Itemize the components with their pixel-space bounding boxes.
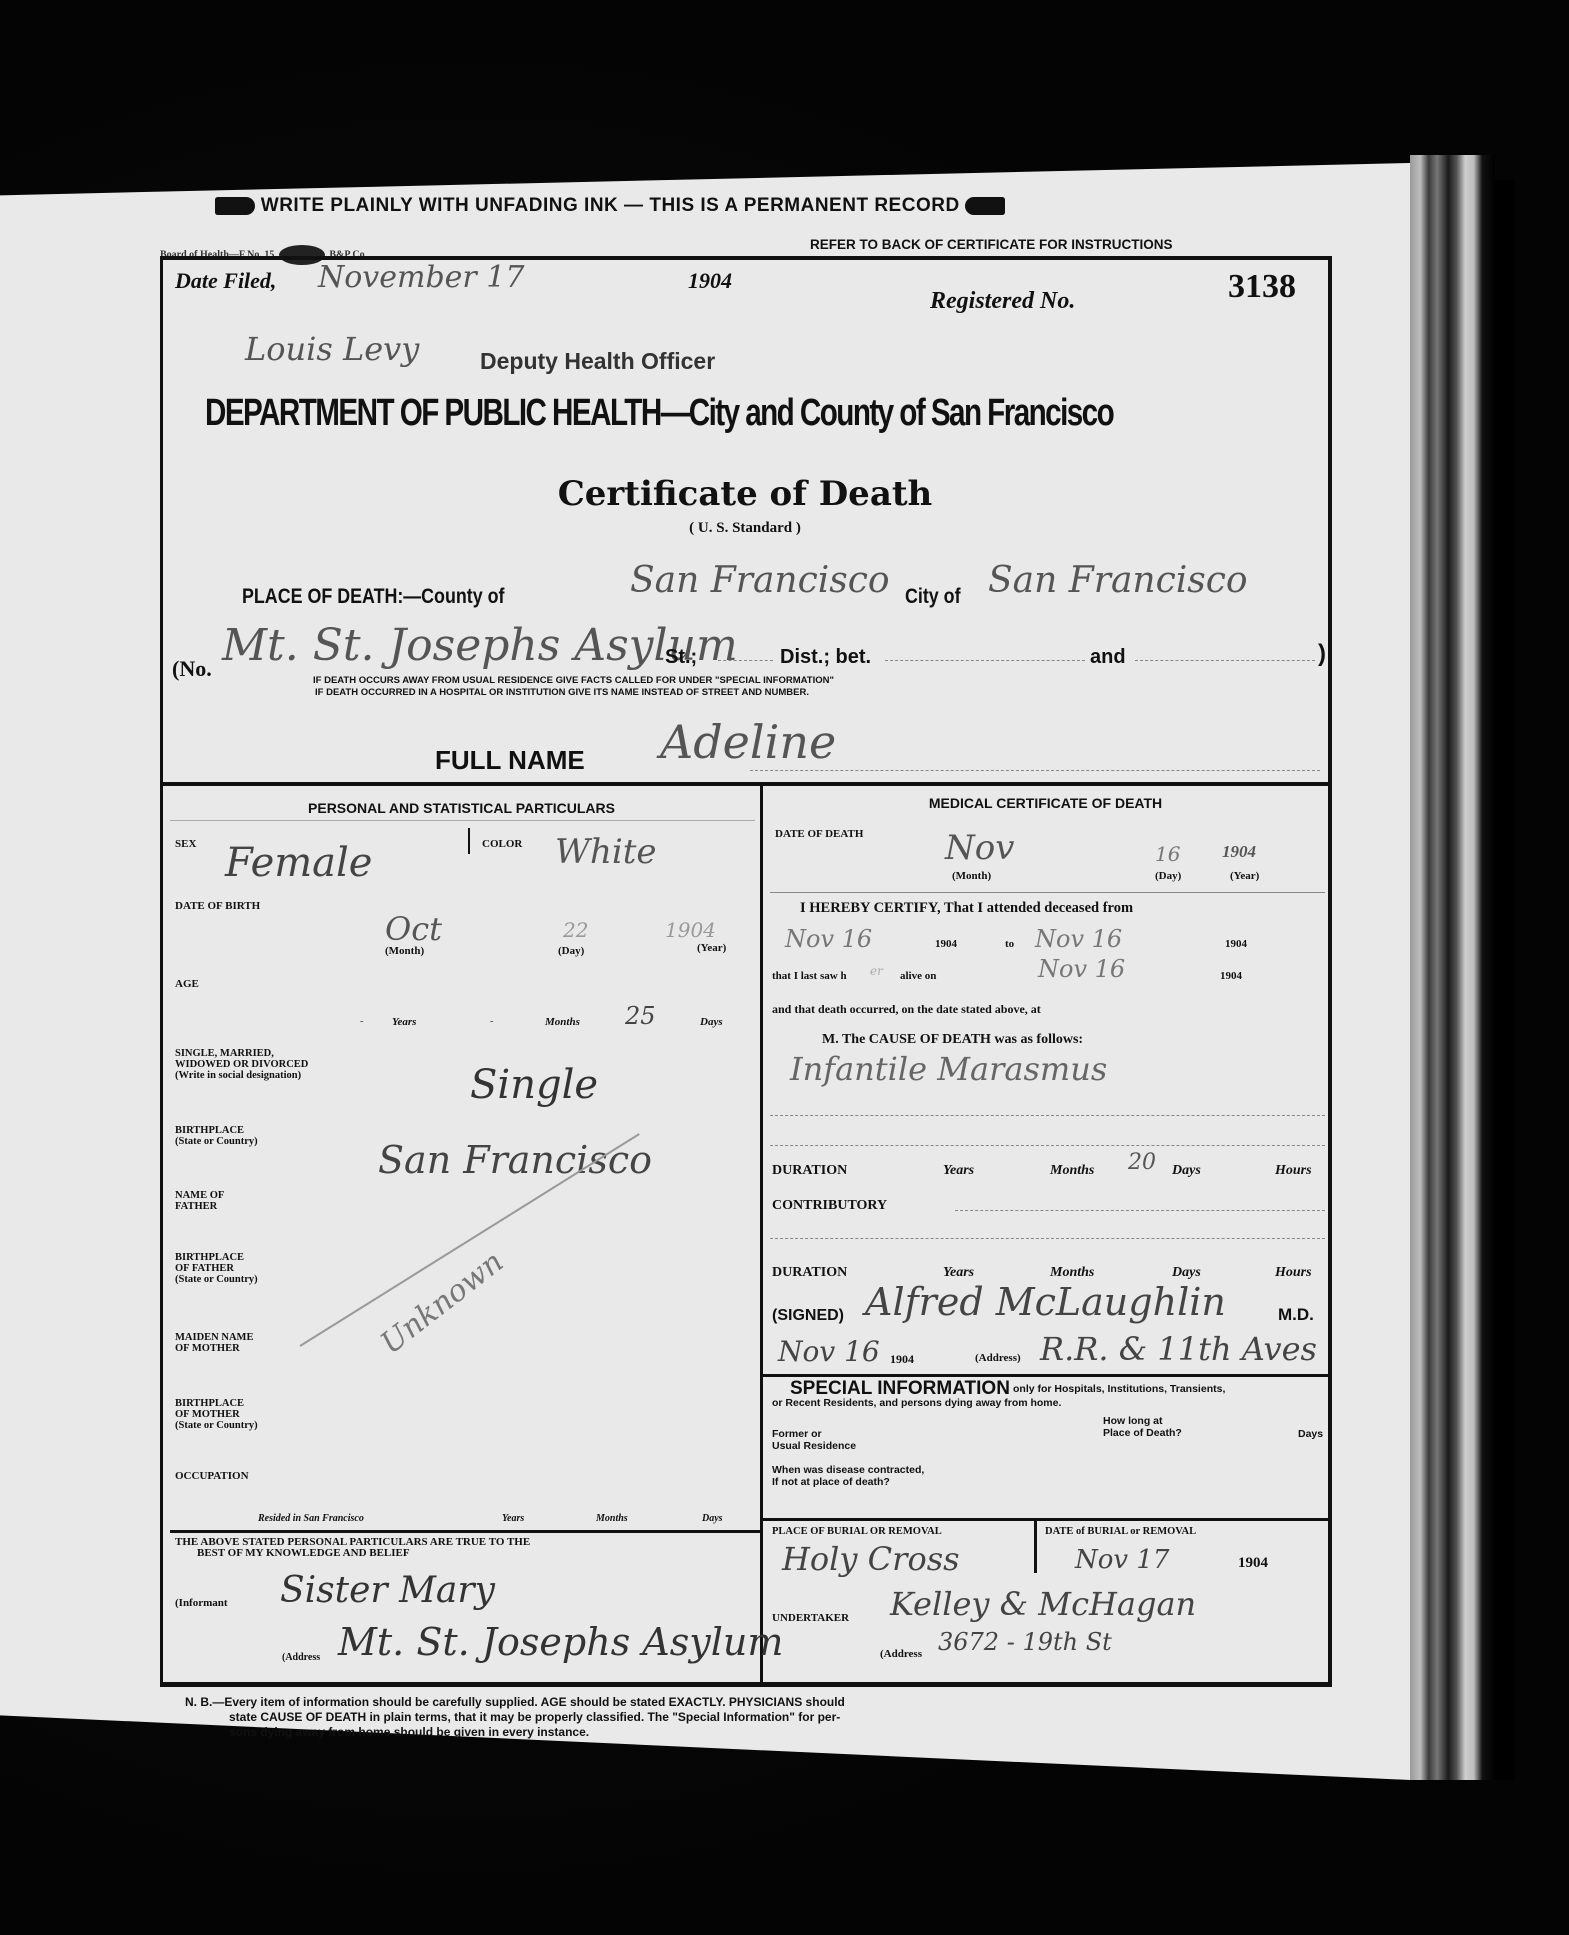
duration-2-label: DURATION <box>772 1265 847 1281</box>
cause-intro: M. The CAUSE OF DEATH was as follows: <box>822 1032 1083 1048</box>
informant-value: Sister Mary <box>280 1570 495 1611</box>
banner-text: WRITE PLAINLY WITH UNFADING INK — THIS I… <box>261 195 960 216</box>
district-label: Dist.; bet. <box>780 646 871 669</box>
sex-value: Female <box>225 840 372 886</box>
banner: WRITE PLAINLY WITH UNFADING INK — THIS I… <box>215 195 1005 217</box>
place-note: IF DEATH OCCURS AWAY FROM USUAL RESIDENC… <box>313 675 834 699</box>
personal-heading: PERSONAL AND STATISTICAL PARTICULARS <box>163 800 760 816</box>
officer-title: Deputy Health Officer <box>480 348 715 375</box>
department-title: DEPARTMENT OF PUBLIC HEALTH—City and Cou… <box>205 392 1113 435</box>
special-note-2: or Recent Residents, and persons dying a… <box>772 1397 1061 1409</box>
dod-year: 1904 <box>1222 842 1256 862</box>
father-label-1: NAME OF <box>175 1190 224 1201</box>
street-line <box>718 660 773 661</box>
book-binding-edge <box>1410 155 1495 1780</box>
dob-month-caption: (Month) <box>385 945 424 957</box>
attended-to-year: 1904 <box>1225 938 1247 950</box>
divider <box>170 820 755 821</box>
refer-note: REFER TO BACK OF CERTIFICATE FOR INSTRUC… <box>810 237 1173 252</box>
mother-bp-label-2: OF MOTHER <box>175 1409 258 1420</box>
dod-year-caption: (Year) <box>1230 870 1259 882</box>
and-label: and <box>1090 646 1126 669</box>
pointing-hand-icon <box>215 197 255 215</box>
book-binding-shadow <box>1495 180 1515 1780</box>
father-bp-label-1: BIRTHPLACE <box>175 1252 258 1263</box>
marital-label-3: (Write in social designation) <box>175 1070 308 1081</box>
last-saw-label: that I last saw h <box>772 970 847 982</box>
contracted-label-1: When was disease contracted, <box>772 1464 924 1476</box>
how-long-unit: Days <box>1298 1428 1323 1440</box>
age-months-value: - <box>490 1015 494 1027</box>
informant-address-label: (Address <box>282 1652 320 1663</box>
and-line <box>1135 660 1315 661</box>
divider <box>763 1374 1328 1377</box>
date-filed-label: Date Filed, <box>175 268 276 294</box>
undertaker-label: UNDERTAKER <box>772 1612 849 1624</box>
certificate-title: Certificate of Death <box>0 474 1490 514</box>
nb-text-3: sons dying away from home should be give… <box>185 1725 1285 1740</box>
medical-heading: MEDICAL CERTIFICATE OF DEATH <box>763 795 1328 811</box>
full-name-label: FULL NAME <box>435 745 585 776</box>
closing-paren: ) <box>1318 640 1326 668</box>
last-saw-date: Nov 16 <box>1038 955 1125 983</box>
burial-place: Holy Cross <box>782 1540 960 1578</box>
burial-place-label: PLACE OF BURIAL OR REMOVAL <box>772 1526 942 1537</box>
street-label: St.; <box>665 646 697 669</box>
place-note-line-2: IF DEATH OCCURRED IN A HOSPITAL OR INSTI… <box>313 687 834 699</box>
officer-signature: Louis Levy <box>245 330 419 368</box>
father-name-label: NAME OF FATHER <box>175 1190 224 1212</box>
dob-month: Oct <box>385 910 442 948</box>
md-label: M.D. <box>1278 1305 1314 1325</box>
duration-2-hours: Hours <box>1275 1265 1312 1281</box>
duration-days-value: 20 <box>1128 1150 1156 1175</box>
age-years-value: - <box>360 1015 364 1027</box>
date-filed-value: November 17 <box>318 260 524 295</box>
date-filed-year: 1904 <box>688 268 732 294</box>
burial-date-label: DATE of BURIAL or REMOVAL <box>1045 1526 1196 1537</box>
duration-2-months: Months <box>1050 1265 1094 1281</box>
divider <box>763 1518 1328 1521</box>
color-label: COLOR <box>482 838 522 850</box>
father-bp-label-2: OF FATHER <box>175 1263 258 1274</box>
age-days-caption: Days <box>700 1016 723 1028</box>
how-long-label-2: Place of Death? <box>1103 1427 1182 1439</box>
father-birthplace-label: BIRTHPLACE OF FATHER (State or Country) <box>175 1252 258 1285</box>
certify-text: I HEREBY CERTIFY, That I attended deceas… <box>800 900 1133 917</box>
former-residence-label: Former or Usual Residence <box>772 1428 856 1452</box>
physician-address-label: (Address) <box>975 1352 1021 1364</box>
full-name-value: Adeline <box>660 715 836 769</box>
mother-label-1: MAIDEN NAME <box>175 1332 253 1343</box>
duration-hours: Hours <box>1275 1163 1312 1179</box>
full-name-line <box>750 770 1320 771</box>
footer-note: N. B.—Every item of information should b… <box>185 1695 1285 1740</box>
last-saw-pronoun: er <box>870 964 883 978</box>
occupation-label: OCCUPATION <box>175 1470 249 1482</box>
occurred-text: and that death occurred, on the date sta… <box>772 1002 1041 1017</box>
nb-label: N. B.— <box>185 1695 224 1709</box>
dod-label: DATE OF DEATH <box>775 828 863 840</box>
divider <box>1034 1518 1037 1573</box>
attended-to: Nov 16 <box>1035 925 1122 953</box>
resided-months: Months <box>596 1513 628 1524</box>
duration-2-years: Years <box>943 1265 974 1281</box>
district-line <box>885 660 1085 661</box>
marital-value: Single <box>470 1062 598 1108</box>
resided-days: Days <box>702 1513 723 1524</box>
cause-line <box>770 1145 1325 1146</box>
birthplace-label-1: BIRTHPLACE <box>175 1125 258 1136</box>
undertaker-value: Kelley & McHagan <box>890 1585 1196 1623</box>
divider <box>468 828 470 854</box>
mother-label-2: OF MOTHER <box>175 1343 253 1354</box>
color-value: White <box>555 832 657 872</box>
duration-label: DURATION <box>772 1163 847 1179</box>
informant-address-value: Mt. St. Josephs Asylum <box>338 1620 783 1664</box>
mother-name-label: MAIDEN NAME OF MOTHER <box>175 1332 253 1354</box>
mother-bp-label-3: (State or Country) <box>175 1420 258 1431</box>
dod-month: Nov <box>945 828 1014 868</box>
attestation: THE ABOVE STATED PERSONAL PARTICULARS AR… <box>175 1537 530 1559</box>
birthplace-label-2: (State or Country) <box>175 1136 258 1147</box>
form-left-border <box>160 256 163 1686</box>
marital-label-2: WIDOWED OR DIVORCED <box>175 1059 308 1070</box>
divider <box>770 892 1325 893</box>
dod-month-caption: (Month) <box>952 870 991 882</box>
contributory-line <box>955 1210 1325 1211</box>
father-label-2: FATHER <box>175 1201 224 1212</box>
contributory-line <box>770 1238 1325 1239</box>
institution-value: Mt. St. Josephs Asylum <box>222 620 738 671</box>
how-long-label-1: How long at <box>1103 1415 1182 1427</box>
duration-2-days: Days <box>1172 1265 1201 1281</box>
cause-of-death: Infantile Marasmus <box>790 1050 1107 1088</box>
last-saw-year: 1904 <box>1220 970 1242 982</box>
registered-label: Registered No. <box>930 288 1075 315</box>
age-days-value: 25 <box>625 1002 656 1030</box>
undertaker-address-label: (Address <box>880 1648 922 1660</box>
nb-text-1: Every item of information should be care… <box>224 1695 845 1709</box>
sex-label: SEX <box>175 838 196 850</box>
former-label-1: Former or <box>772 1428 856 1440</box>
how-long-label: How long at Place of Death? <box>1103 1415 1182 1439</box>
birthplace-label: BIRTHPLACE (State or Country) <box>175 1125 258 1147</box>
marital-label-1: SINGLE, MARRIED, <box>175 1048 308 1059</box>
age-label: AGE <box>175 978 199 990</box>
dod-day-caption: (Day) <box>1155 870 1181 882</box>
dob-day-caption: (Day) <box>558 945 584 957</box>
resided-label: Resided in San Francisco <box>258 1513 364 1524</box>
number-label: (No. <box>172 656 212 682</box>
divider <box>170 1530 760 1533</box>
attended-from: Nov 16 <box>785 925 872 953</box>
former-label-2: Usual Residence <box>772 1440 856 1452</box>
burial-year: 1904 <box>1238 1555 1268 1572</box>
alive-on-label: alive on <box>900 970 936 982</box>
mother-bp-label-1: BIRTHPLACE <box>175 1398 258 1409</box>
undertaker-address: 3672 - 19th St <box>938 1628 1112 1656</box>
resided-years: Years <box>502 1513 524 1524</box>
age-months-caption: Months <box>545 1016 580 1028</box>
mother-birthplace-label: BIRTHPLACE OF MOTHER (State or Country) <box>175 1398 258 1431</box>
duration-years: Years <box>943 1163 974 1179</box>
place-note-line-1: IF DEATH OCCURS AWAY FROM USUAL RESIDENC… <box>313 675 834 687</box>
signed-year: 1904 <box>890 1352 914 1367</box>
physician-signature: Alfred McLaughlin <box>865 1280 1226 1324</box>
county-value: San Francisco <box>630 560 890 601</box>
place-of-death-label: PLACE OF DEATH:—County of <box>242 585 504 609</box>
to-label: to <box>1005 938 1014 950</box>
registered-number: 3138 <box>1228 268 1296 306</box>
burial-date: Nov 17 <box>1075 1545 1169 1575</box>
section-divider <box>163 782 1328 786</box>
dob-label: DATE OF BIRTH <box>175 900 260 912</box>
form-right-border <box>1328 256 1332 1686</box>
form-bottom-border <box>160 1682 1332 1687</box>
column-divider <box>760 786 763 1686</box>
signed-date: Nov 16 <box>778 1335 880 1368</box>
age-years-caption: Years <box>392 1016 416 1028</box>
birthplace-value: San Francisco <box>378 1138 652 1182</box>
dod-day: 16 <box>1155 842 1180 866</box>
dob-year-caption: (Year) <box>697 942 726 954</box>
informant-label: (Informant <box>175 1597 228 1609</box>
nb-text-2: state CAUSE OF DEATH in plain terms, tha… <box>185 1710 1285 1725</box>
duration-days: Days <box>1172 1163 1201 1179</box>
city-value: San Francisco <box>988 560 1248 601</box>
attestation-line-2: BEST OF MY KNOWLEDGE AND BELIEF <box>175 1548 530 1559</box>
pointing-hand-icon <box>965 197 1005 215</box>
marital-label: SINGLE, MARRIED, WIDOWED OR DIVORCED (Wr… <box>175 1048 308 1081</box>
contracted-label: When was disease contracted, If not at p… <box>772 1464 924 1488</box>
dob-year: 1904 <box>665 918 716 942</box>
signed-label: (SIGNED) <box>772 1307 844 1325</box>
contracted-label-2: If not at place of death? <box>772 1476 924 1488</box>
dob-day: 22 <box>563 918 588 942</box>
cause-line <box>770 1115 1325 1116</box>
special-note-1: only for Hospitals, Institutions, Transi… <box>1013 1383 1225 1395</box>
father-bp-label-3: (State or Country) <box>175 1274 258 1285</box>
duration-months: Months <box>1050 1163 1094 1179</box>
physician-address: R.R. & 11th Aves <box>1040 1330 1317 1368</box>
attended-from-year: 1904 <box>935 938 957 950</box>
contributory-label: CONTRIBUTORY <box>772 1198 887 1214</box>
standard-note: ( U. S. Standard ) <box>0 520 1490 537</box>
city-label: City of <box>905 585 961 609</box>
